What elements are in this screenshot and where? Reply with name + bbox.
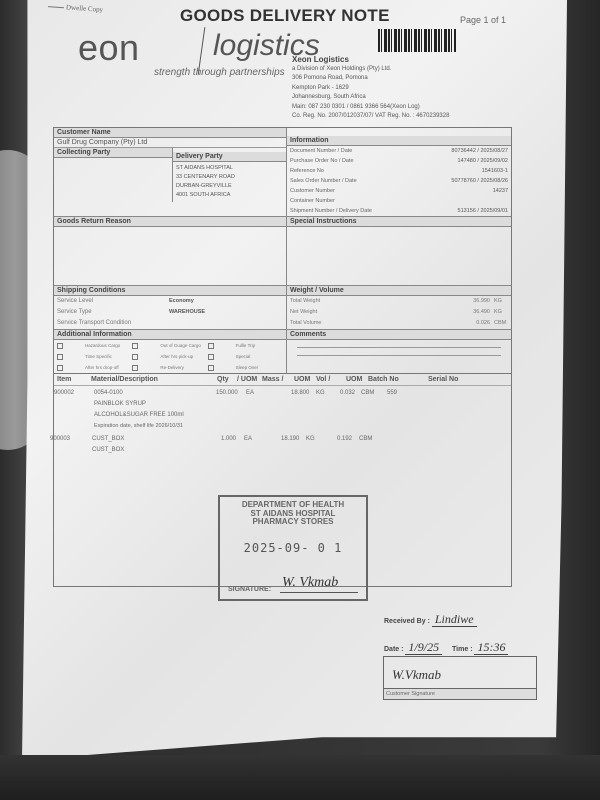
document-title: GOODS DELIVERY NOTE: [180, 6, 390, 26]
item-batch: 559: [387, 390, 397, 396]
item-qty: 150.000: [216, 390, 238, 396]
info-row: Purchase Order No / Date147480 / 2025/09…: [287, 156, 511, 166]
shipping-row: Service TypeWAREHOUSE: [54, 307, 286, 318]
item-number: 900003: [50, 436, 70, 442]
company-name: Xeon Logistics: [292, 55, 449, 65]
company-line: a Division of Xeon Holdings (Pty) Ltd.: [292, 65, 449, 75]
col-uom: / UOM: [237, 376, 262, 383]
page-number: Page 1 of 1: [460, 15, 506, 25]
col-vol: Vol /: [316, 376, 346, 383]
logo-eon: eon: [78, 27, 140, 68]
item-uom: EA: [244, 436, 252, 442]
checkbox[interactable]: [132, 343, 138, 349]
company-line: Johannesburg, South Africa: [292, 93, 449, 103]
stamp-line: PHARMACY STORES: [220, 518, 366, 527]
item-vol-uom: CBM: [361, 390, 374, 396]
item-material: 0054-0100: [94, 390, 123, 396]
additional-row: Hazardous Cargo Out of Guage Cargo Fulll…: [54, 340, 286, 351]
time-label: Time :: [452, 646, 473, 653]
stamp-signature: W. Vkmab: [282, 575, 338, 591]
weight-volume-header: Weight / Volume: [287, 285, 511, 296]
info-row: Sales Order Number / Date50778760 / 2025…: [287, 176, 511, 186]
item-description: Expiration date, shelf life 2026/10/31: [94, 423, 183, 429]
comment-line: [297, 355, 501, 356]
address-line: ST AIDANS HOSPITAL: [176, 164, 283, 173]
item-description: CUST_BOX: [92, 447, 124, 453]
weight-row: Total Weight36.990KG: [287, 296, 511, 307]
company-address: Xeon Logistics a Division of Xeon Holdin…: [292, 55, 449, 122]
info-row: Customer Number14237: [287, 186, 511, 196]
shipping-row: Service Transport Condition: [54, 318, 286, 329]
received-by: Received By : Lindiwe: [384, 612, 477, 627]
date-label: Date :: [384, 646, 403, 653]
company-line: 306 Pomona Road, Pomona: [292, 74, 449, 84]
company-line: Main: 087 230 0301 / 0861 9366 564(Xeon …: [292, 103, 449, 113]
item-mass: 18.190: [281, 436, 299, 442]
receipt-date-time: Date : 1/9/25 Time : 15:36: [384, 640, 508, 655]
special-instructions-header: Special Instructions: [287, 216, 511, 227]
customer-name-header: Customer Name: [54, 128, 286, 138]
pharmacy-stamp: DEPARTMENT OF HEALTH ST AIDANS HOSPITAL …: [218, 495, 368, 601]
item-vol: 0.032: [340, 390, 355, 396]
shipping-row: Service LevelEconomy: [54, 296, 286, 307]
info-row: Shipment Number / Delivery Date513156 / …: [287, 206, 511, 216]
item-vol: 0.192: [337, 436, 352, 442]
comments-header: Comments: [287, 329, 511, 340]
logo-tagline: strength through partnerships: [154, 67, 285, 78]
col-mass: Mass /: [262, 376, 294, 383]
col-item: Item: [57, 376, 91, 383]
col-serial: Serial No: [428, 376, 458, 383]
company-logo: eon logistics strength through partnersh…: [78, 27, 140, 69]
additional-row: After hrs drop-off Re-Delivery Sleep Ove…: [54, 362, 286, 373]
item-number: 900002: [54, 390, 74, 396]
company-line: Co. Reg. No. 2007/012037/07/ VAT Reg. No…: [292, 112, 449, 122]
item-description: PAINBLOK SYRUP: [94, 401, 146, 407]
information-header: Information: [287, 136, 511, 146]
special-instructions-box: [287, 227, 511, 285]
col-qty: Qty: [217, 376, 237, 383]
checkbox[interactable]: [208, 343, 214, 349]
stamp-date: 2025-09- 0 1: [220, 541, 366, 555]
additional-info-header: Additional Information: [54, 329, 286, 340]
col-material: Material/Description: [91, 376, 217, 383]
checkbox[interactable]: [57, 343, 63, 349]
delivery-address: ST AIDANS HOSPITAL 33 CENTENARY ROAD DUR…: [173, 162, 286, 202]
address-line: DURBAN-GREYVILLE: [176, 182, 283, 191]
customer-signature-label: Customer Signature: [384, 688, 536, 699]
info-row: Container Number: [287, 196, 511, 206]
customer-signature-box: W.Vkmab Customer Signature: [383, 656, 537, 700]
weight-row: Total Volume0.026CBM: [287, 318, 511, 329]
checkbox[interactable]: [132, 365, 138, 371]
received-by-label: Received By :: [384, 618, 430, 625]
address-line: 33 CENTENARY ROAD: [176, 173, 283, 182]
received-by-value: Lindiwe: [432, 612, 477, 627]
customer-signature: W.Vkmab: [392, 667, 441, 683]
collecting-party-header: Collecting Party: [54, 148, 172, 158]
items-header-row: Item Material/Description Qty / UOM Mass…: [54, 374, 511, 386]
goods-return-reason-box: [54, 227, 286, 285]
stamp-signature-line: [280, 592, 358, 593]
date-value: 1/9/25: [405, 640, 442, 655]
item-mass-uom: KG: [316, 390, 325, 396]
time-value: 15:36: [474, 640, 508, 655]
info-row: Reference No1541603-1: [287, 166, 511, 176]
shipping-conditions-header: Shipping Conditions: [54, 285, 286, 296]
background-lap: [0, 755, 600, 800]
item-material: CUST_BOX: [92, 436, 124, 442]
col-vol-uom: UOM: [346, 376, 368, 383]
item-mass: 18.800: [291, 390, 309, 396]
checkbox[interactable]: [57, 365, 63, 371]
col-batch: Batch No: [368, 376, 428, 383]
item-qty: 1.000: [221, 436, 236, 442]
delivery-party-header: Delivery Party: [173, 152, 286, 162]
info-row: Document Number / Date80736442 / 2025/08…: [287, 146, 511, 156]
company-line: Kempton Park - 1629: [292, 84, 449, 94]
customer-name: Gulf Drug Company (Pty) Ltd: [54, 138, 286, 148]
col-mass-uom: UOM: [294, 376, 316, 383]
checkbox[interactable]: [132, 354, 138, 360]
item-mass-uom: KG: [306, 436, 315, 442]
item-uom: EA: [246, 390, 254, 396]
item-description: ALCOHOL&SUGAR FREE 100ml: [94, 412, 184, 418]
comment-line: [297, 347, 501, 348]
checkbox[interactable]: [208, 354, 214, 360]
checkbox[interactable]: [57, 354, 63, 360]
checkbox[interactable]: [208, 365, 214, 371]
weight-row: Net Weight36.490KG: [287, 307, 511, 318]
additional-row: Time Specific After hrs pick-up Special: [54, 351, 286, 362]
goods-return-reason-header: Goods Return Reason: [54, 216, 286, 227]
item-vol-uom: CBM: [359, 436, 372, 442]
address-line: 4001 SOUTH AFRICA: [176, 191, 283, 200]
barcode: [378, 29, 456, 52]
stamp-signature-label: SIGNATURE:: [228, 586, 271, 593]
